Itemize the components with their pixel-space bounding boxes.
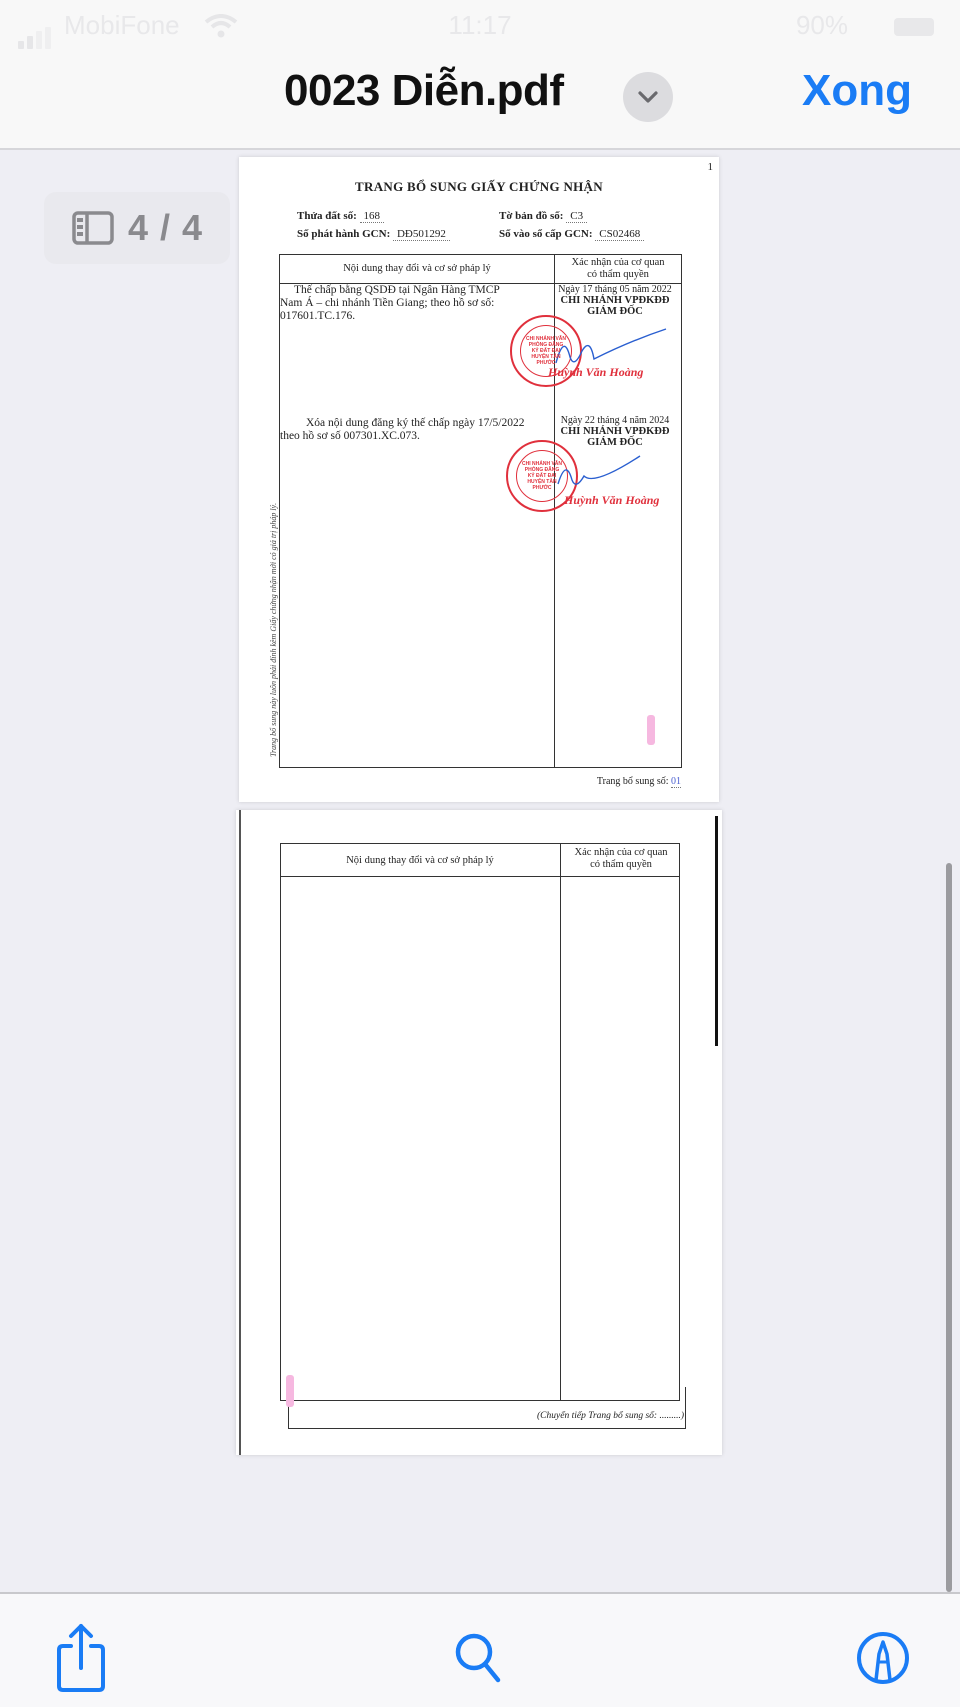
signer-name: Huỳnh Văn Hoàng	[564, 493, 659, 508]
pdf-page-4[interactable]: Nội dung thay đổi và cơ sở pháp lý Xác n…	[236, 810, 722, 1455]
continuation-note: (Chuyển tiếp Trang bổ sung số: .........…	[537, 1411, 684, 1421]
status-bar: MobiFone 11:17 90%	[0, 6, 960, 46]
done-button[interactable]: Xong	[802, 66, 912, 116]
map-sheet-number: Tờ bản đồ số: C3	[499, 210, 587, 222]
markup-icon	[855, 1630, 911, 1686]
scan-edge	[239, 810, 241, 1455]
scrollbar[interactable]	[946, 863, 952, 1592]
battery-icon	[894, 18, 934, 36]
ink-mark	[286, 1375, 294, 1407]
entry-1-approval: Ngày 17 tháng 05 năm 2022 CHI NHÁNH VPĐK…	[550, 284, 680, 317]
status-time: 11:17	[440, 10, 520, 41]
signal-icon	[18, 18, 54, 49]
share-icon	[51, 1622, 111, 1694]
wifi-icon	[204, 14, 238, 45]
corner-mark: 1	[708, 161, 714, 173]
entry-2-approval: Ngày 22 tháng 4 năm 2024 CHI NHÁNH VPĐKĐ…	[550, 415, 680, 448]
ink-mark	[647, 715, 655, 745]
search-icon	[452, 1630, 508, 1686]
chevron-down-icon	[637, 90, 659, 104]
column-header-content: Nội dung thay đổi và cơ sở pháp lý	[280, 855, 560, 867]
doc-heading: TRANG BỔ SUNG GIẤY CHỨNG NHẬN	[239, 179, 719, 195]
carrier-name: MobiFone	[64, 10, 180, 41]
column-header-approval: Xác nhận của cơ quancó thẩm quyền	[556, 257, 680, 281]
certificate-issue-number: Số phát hành GCN: DĐ501292	[297, 228, 450, 240]
search-button[interactable]	[440, 1618, 520, 1698]
vertical-legal-note: Trang bổ sung này luôn phải đính kèm Giấ…	[269, 503, 278, 757]
amendment-table: Nội dung thay đổi và cơ sở pháp lý Xác n…	[279, 254, 682, 768]
entry-1-content: Thế chấp bằng QSDĐ tại Ngân Hàng TMCP Na…	[280, 284, 520, 323]
document-title[interactable]: 0023 Diễn.pdf	[284, 66, 564, 116]
page-count: 4 / 4	[128, 207, 203, 249]
column-header-approval: Xác nhận của cơ quancó thẩm quyền	[562, 847, 680, 871]
navigation-header: MobiFone 11:17 90% 0023 Diễn.pdf Xong	[0, 0, 960, 150]
signer-name: Huỳnh Văn Hoàng	[548, 365, 643, 380]
pdf-page-3[interactable]: 1 TRANG BỔ SUNG GIẤY CHỨNG NHẬN Thửa đất…	[239, 157, 719, 802]
supplement-page-number: Trang bổ sung số: 01	[597, 776, 681, 787]
amendment-table: Nội dung thay đổi và cơ sở pháp lý Xác n…	[280, 843, 680, 1449]
entry-2-content: Xóa nội dung đăng ký thế chấp ngày 17/5/…	[280, 417, 530, 443]
title-menu-button[interactable]	[623, 72, 673, 122]
certificate-entry-number: Số vào sổ cấp GCN: CS02468	[499, 228, 644, 240]
sidebar-icon	[72, 211, 114, 245]
parcel-number: Thửa đất số: 168	[297, 210, 384, 222]
column-header-content: Nội dung thay đổi và cơ sở pháp lý	[280, 263, 554, 275]
share-button[interactable]	[41, 1618, 121, 1698]
markup-button[interactable]	[843, 1618, 923, 1698]
page-indicator[interactable]: 4 / 4	[44, 192, 230, 264]
scan-edge	[715, 816, 718, 1046]
battery-percentage: 90%	[796, 10, 848, 41]
bottom-toolbar	[0, 1592, 960, 1707]
